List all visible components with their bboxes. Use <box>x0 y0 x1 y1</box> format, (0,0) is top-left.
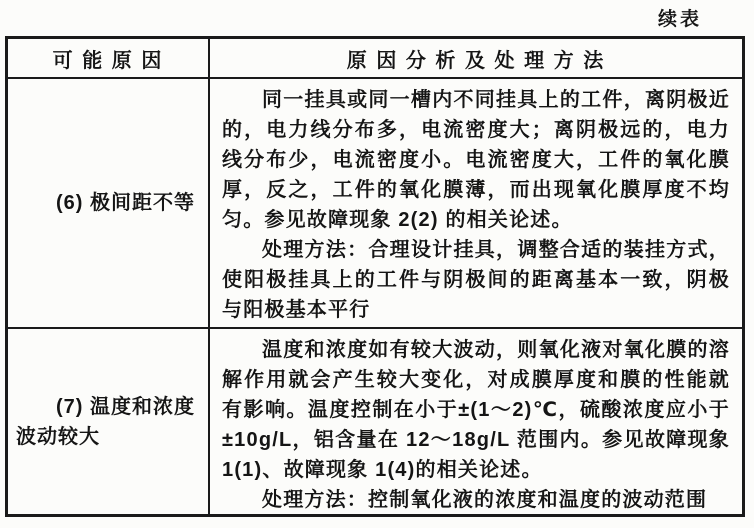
continued-table-label: 续表 <box>658 4 702 31</box>
troubleshooting-table: 可 能 原 因 原 因 分 析 及 处 理 方 法 (6) 极间距不等 同一挂具… <box>5 36 745 517</box>
analysis-paragraph-7: 温度和浓度如有较大波动，则氧化液对氧化膜的溶解作用就会产生较大变化，对成膜厚度和… <box>222 335 730 485</box>
cause-text-7: (7) 温度和浓度波动较大 <box>16 392 200 452</box>
table-row-analysis-7: 温度和浓度如有较大波动，则氧化液对氧化膜的溶解作用就会产生较大变化，对成膜厚度和… <box>210 329 742 515</box>
table-header-analysis: 原 因 分 析 及 处 理 方 法 <box>210 39 742 79</box>
treatment-paragraph-7: 处理方法：控制氧化液的浓度和温度的波动范围 <box>222 485 730 515</box>
table-row-cause-6: (6) 极间距不等 <box>8 79 210 329</box>
table-row-cause-7: (7) 温度和浓度波动较大 <box>8 329 210 515</box>
table-row-analysis-6: 同一挂具或同一槽内不同挂具上的工件，离阴极近的，电力线分布多，电流密度大；离阴极… <box>210 79 742 329</box>
treatment-text-7: 控制氧化液的浓度和温度的波动范围 <box>368 489 707 511</box>
treatment-label-7: 处理方法： <box>262 489 368 511</box>
analysis-paragraph-6: 同一挂具或同一槽内不同挂具上的工件，离阴极近的，电力线分布多，电流密度大；离阴极… <box>222 85 730 235</box>
table-header-cause: 可 能 原 因 <box>8 39 210 79</box>
cause-text-6: (6) 极间距不等 <box>16 188 195 218</box>
treatment-label-6: 处理方法： <box>262 239 368 261</box>
treatment-paragraph-6: 处理方法：合理设计挂具，调整合适的装挂方式，使阳极挂具上的工件与阴极间的距离基本… <box>222 235 730 325</box>
